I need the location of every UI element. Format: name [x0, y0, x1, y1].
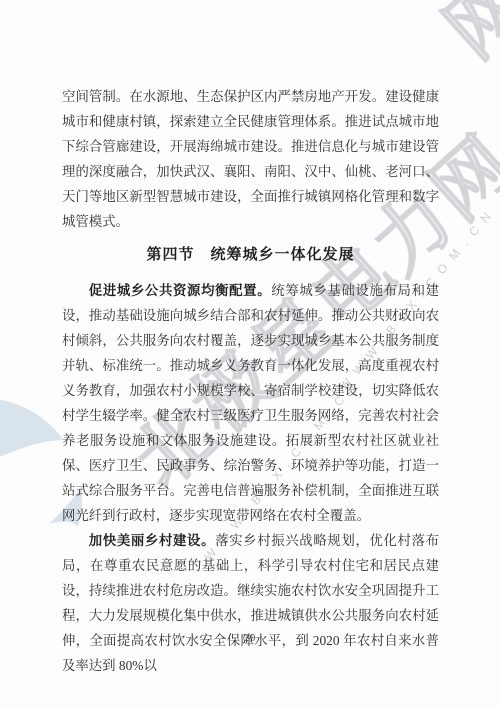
watermark-corner-glyph: 网: [433, 0, 500, 72]
paragraph-text: 统筹城乡基础设施布局和建设，推动基础设施向城乡结合部和农村延伸。推动公共财政向农…: [62, 283, 439, 523]
section-heading: 第四节 统筹城乡一体化发展: [62, 243, 439, 268]
paragraph-space-control: 空间管制。在水源地、生态保护区内严禁房地产开发。建设健康城市和健康村镇，探索建立…: [62, 84, 439, 234]
paragraph-text: 落实乡村振兴战略规划，优化村落布局，在尊重农民意愿的基础上，科学引导农村住宅和居…: [62, 533, 439, 673]
paragraph-lead: 加快美丽乡村建设。: [89, 533, 215, 548]
page-body: 空间管制。在水源地、生态保护区内严禁房地产开发。建设健康城市和健康村镇，探索建立…: [62, 84, 439, 678]
page-number: 30: [0, 633, 500, 644]
paragraph-lead: 促进城乡公共资源均衡配置。: [89, 283, 271, 298]
paragraph-beautiful-village: 加快美丽乡村建设。落实乡村振兴战略规划，优化村落布局，在尊重农民意愿的基础上，科…: [62, 528, 439, 678]
paragraph-public-resources: 促进城乡公共资源均衡配置。统筹城乡基础设施布局和建设，推动基础设施向城乡结合部和…: [62, 278, 439, 528]
document-page: 北极星电力网 网 WWW.BJX.COM.CN WWW.BJX.COM.CN 空…: [0, 0, 500, 707]
